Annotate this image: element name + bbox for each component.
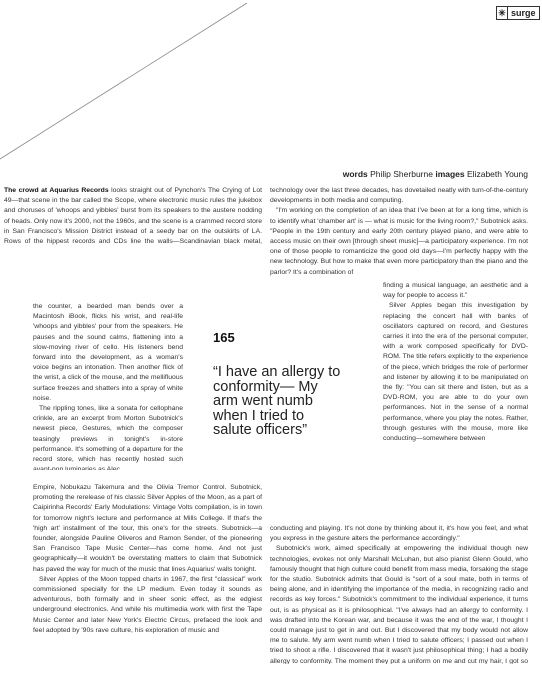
article-col2-narrow: finding a musical language, an aesthetic…: [383, 281, 528, 521]
byline: words Philip Sherburne images Elizabeth …: [343, 169, 528, 179]
author: Philip Sherburne: [370, 169, 433, 179]
photographer: Elizabeth Young: [467, 169, 528, 179]
article-col2-bottom: conducting and playing. It's not done by…: [270, 524, 528, 664]
section-badge: ✳ surge: [496, 6, 540, 20]
lead-in: The crowd at Aquarius Records: [4, 187, 109, 194]
page-number: 165: [213, 330, 235, 345]
article-col2-top: technology over the last three decades, …: [270, 186, 528, 278]
article-col1-bottom: Empire, Nobukazu Takemura and the Olivia…: [33, 483, 262, 653]
diagonal-rule: [0, 0, 542, 170]
asterisk-icon: ✳: [497, 7, 508, 19]
article-col1-narrow: the counter, a bearded man bends over a …: [33, 302, 183, 470]
pull-quote: “I have an allergy to conformity— My arm…: [213, 365, 343, 438]
article-col1-top: The crowd at Aquarius Records looks stra…: [4, 186, 262, 248]
section-label: surge: [508, 7, 539, 19]
